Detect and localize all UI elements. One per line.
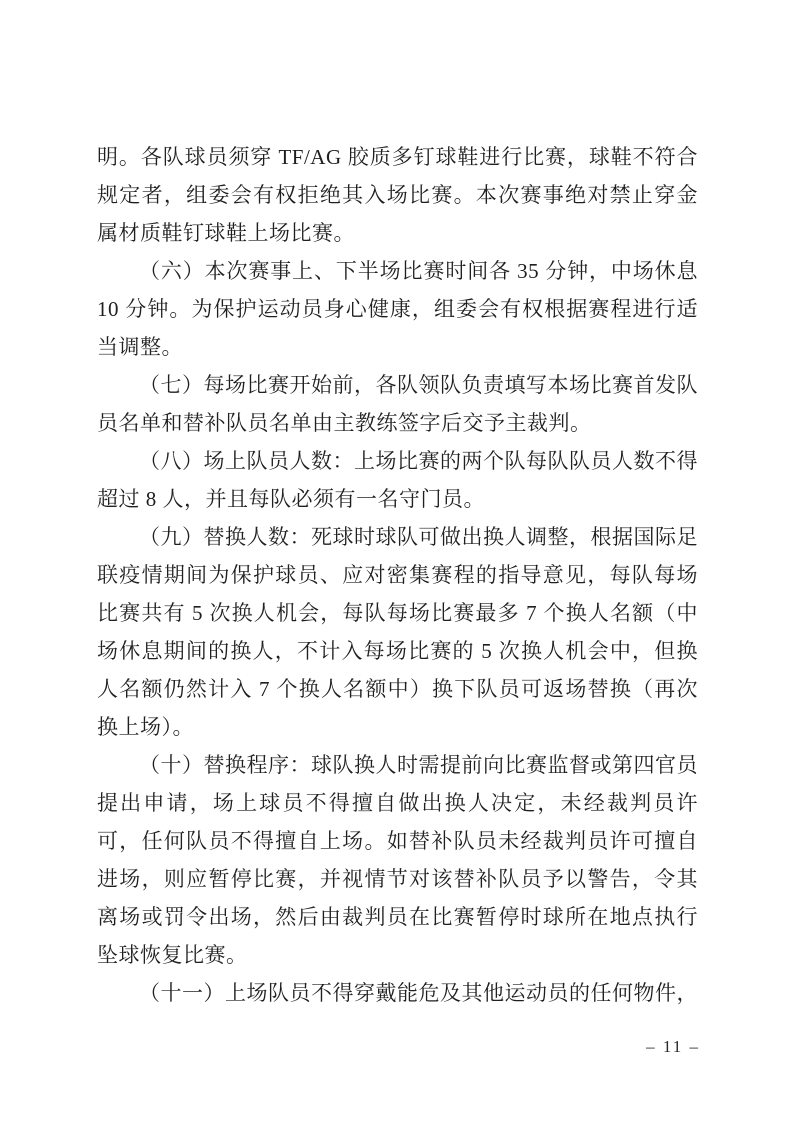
document-body: 明。各队球员须穿 TF/AG 胶质多钉球鞋进行比赛，球鞋不符合规定者，组委会有权…	[97, 138, 698, 1012]
page-number: – 11 –	[646, 1036, 700, 1058]
body-paragraph-rule-8: （八）场上队员人数：上场比赛的两个队每队队员人数不得超过 8 人，并且每队必须有…	[97, 442, 698, 518]
body-paragraph-rule-6: （六）本次赛事上、下半场比赛时间各 35 分钟，中场休息 10 分钟。为保护运动…	[97, 252, 698, 366]
body-paragraph-rule-9: （九）替换人数：死球时球队可做出换人调整，根据国际足联疫情期间为保护球员、应对密…	[97, 518, 698, 746]
body-paragraph-rule-11: （十一）上场队员不得穿戴能危及其他运动员的任何物件，	[97, 974, 698, 1012]
body-paragraph-continuation: 明。各队球员须穿 TF/AG 胶质多钉球鞋进行比赛，球鞋不符合规定者，组委会有权…	[97, 138, 698, 252]
document-page: 明。各队球员须穿 TF/AG 胶质多钉球鞋进行比赛，球鞋不符合规定者，组委会有权…	[0, 0, 794, 1123]
body-paragraph-rule-7: （七）每场比赛开始前，各队领队负责填写本场比赛首发队员名单和替补队员名单由主教练…	[97, 366, 698, 442]
body-paragraph-rule-10: （十）替换程序：球队换人时需提前向比赛监督或第四官员提出申请，场上球员不得擅自做…	[97, 746, 698, 974]
